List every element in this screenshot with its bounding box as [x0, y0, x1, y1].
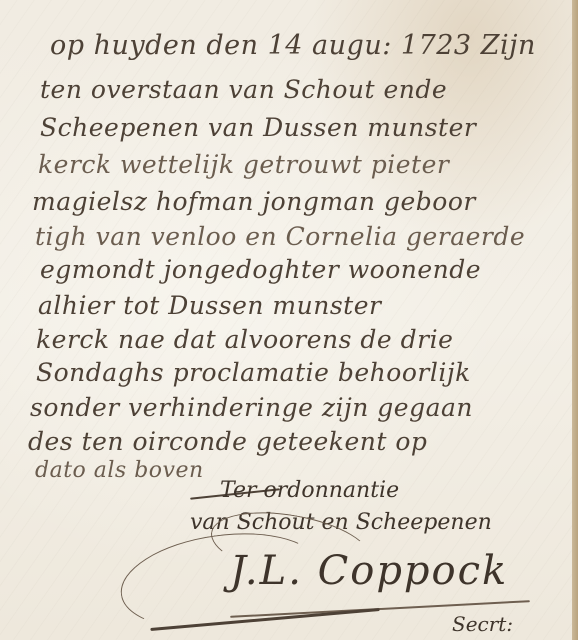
text-line-2: ten overstaan van Schout ende [40, 75, 447, 104]
text-line-5: magielsz hofman jongman geboor [32, 187, 476, 216]
text-line-10: Sondaghs proclamatie behoorlijk [36, 358, 471, 387]
text-line-7: egmondt jongedoghter woonende [40, 255, 481, 284]
text-line-3: Scheepenen van Dussen munster [40, 113, 476, 142]
text-line-9: kerck nae dat alvoorens de drie [36, 325, 453, 354]
page-edge [572, 0, 578, 640]
text-line-12: des ten oirconde geteekent op [28, 427, 427, 456]
text-line-1: op huyden den 14 augu: 1723 Zijn [50, 30, 536, 61]
text-line-11: sonder verhinderinge zijn gegaan [30, 393, 473, 422]
text-line-13: dato als boven [35, 458, 204, 483]
text-line-8: alhier tot Dussen munster [38, 291, 381, 320]
manuscript-page: op huyden den 14 augu: 1723 Zijn ten ove… [0, 0, 578, 640]
text-line-4: kerck wettelijk getrouwt pieter [38, 150, 449, 179]
secretary-title: Secrt: [452, 612, 513, 636]
closing-line-1: Ter ordonnantie [220, 478, 399, 503]
signature: J.L. Coppock [230, 548, 508, 594]
text-line-6: tigh van venloo en Cornelia geraerde [35, 222, 525, 251]
